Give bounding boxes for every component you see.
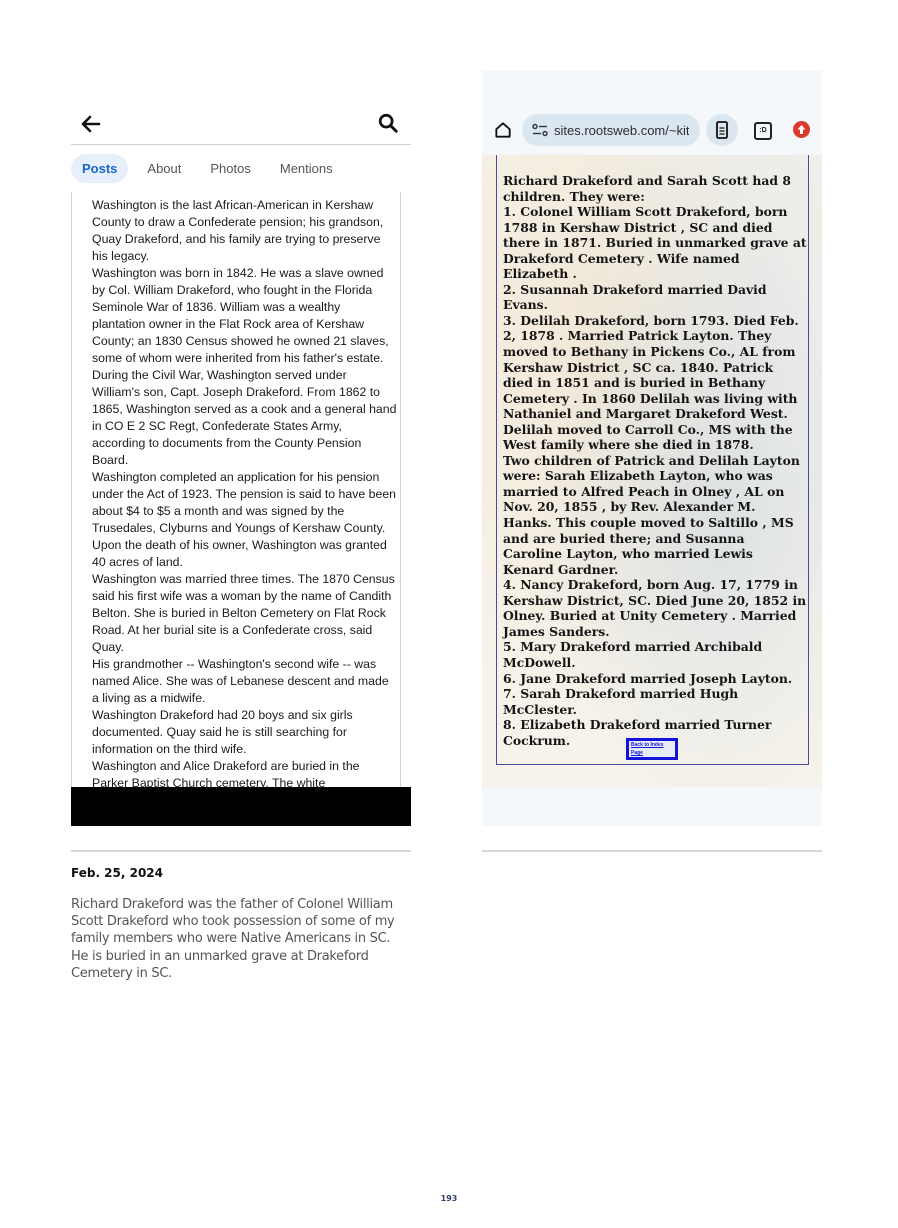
genealogy-paragraph: Richard Drakeford and Sarah Scott had 8 …: [503, 173, 807, 204]
genealogy-paragraph: 3. Delilah Drakeford, born 1793. Died Fe…: [503, 313, 807, 453]
browser-toolbar: sites.rootsweb.com/~kit :D: [482, 111, 822, 151]
home-icon[interactable]: [493, 120, 513, 140]
content-frame: Richard Drakeford and Sarah Scott had 8 …: [496, 155, 809, 765]
arrow-up-icon: [793, 121, 810, 138]
back-link-line2: Page: [629, 749, 675, 757]
profile-tabs: Posts About Photos Mentions: [71, 152, 352, 184]
genealogy-paragraph: 7. Sarah Drakeford married Hugh McCleste…: [503, 686, 807, 717]
facebook-post-screenshot: Posts About Photos Mentions Washington i…: [71, 104, 411, 826]
webpage-content: Richard Drakeford and Sarah Scott had 8 …: [482, 155, 822, 787]
url-text: sites.rootsweb.com/~kit: [554, 123, 689, 138]
divider-left: [71, 850, 411, 852]
tab-about[interactable]: About: [137, 154, 191, 183]
tab-switcher-button[interactable]: :D: [754, 122, 772, 140]
back-arrow-icon[interactable]: [79, 112, 103, 136]
divider-right: [482, 850, 822, 852]
caption-date: Feb. 25, 2024: [71, 866, 163, 880]
page-number: 193: [0, 1194, 898, 1203]
search-icon[interactable]: [377, 112, 399, 134]
tab-mentions[interactable]: Mentions: [270, 154, 343, 183]
post-paragraph: Washington is the last African-American …: [92, 197, 397, 265]
tab-posts[interactable]: Posts: [71, 154, 128, 183]
reader-mode-button[interactable]: [706, 114, 738, 146]
genealogy-paragraph: 5. Mary Drakeford married Archibald McDo…: [503, 639, 807, 670]
post-paragraph: Washington Drakeford had 20 boys and six…: [92, 707, 397, 758]
post-body: Washington is the last African-American …: [71, 192, 401, 792]
post-paragraph: Washington was married three times. The …: [92, 571, 397, 656]
address-bar[interactable]: sites.rootsweb.com/~kit: [522, 114, 700, 146]
reader-mode-icon: [716, 121, 728, 139]
post-text: Washington is the last African-American …: [92, 197, 397, 792]
extension-icon[interactable]: [793, 121, 810, 138]
tab-photos[interactable]: Photos: [200, 154, 260, 183]
redaction-bar: [71, 787, 411, 826]
genealogy-paragraph: 2. Susannah Drakeford married David Evan…: [503, 282, 807, 313]
caption-text: Richard Drakeford was the father of Colo…: [71, 896, 411, 982]
back-link-line1: Back to Index: [629, 741, 675, 749]
genealogy-paragraph: 1. Colonel William Scott Drakeford, born…: [503, 204, 807, 282]
genealogy-text: Richard Drakeford and Sarah Scott had 8 …: [503, 173, 807, 748]
post-paragraph: Washington was born in 1842. He was a sl…: [92, 265, 397, 469]
app-top-bar: [71, 104, 411, 145]
browser-screenshot: sites.rootsweb.com/~kit :D Richard Drake…: [482, 71, 822, 826]
genealogy-paragraph: Two children of Patrick and Delilah Layt…: [503, 453, 807, 577]
genealogy-paragraph: 4. Nancy Drakeford, born Aug. 17, 1779 i…: [503, 577, 807, 639]
site-settings-icon[interactable]: [532, 123, 548, 137]
post-paragraph: Washington completed an application for …: [92, 469, 397, 571]
post-paragraph: His grandmother -- Washington's second w…: [92, 656, 397, 707]
back-to-index-link[interactable]: Back to Index Page: [626, 738, 678, 760]
genealogy-paragraph: 6. Jane Drakeford married Joseph Layton.: [503, 671, 807, 687]
